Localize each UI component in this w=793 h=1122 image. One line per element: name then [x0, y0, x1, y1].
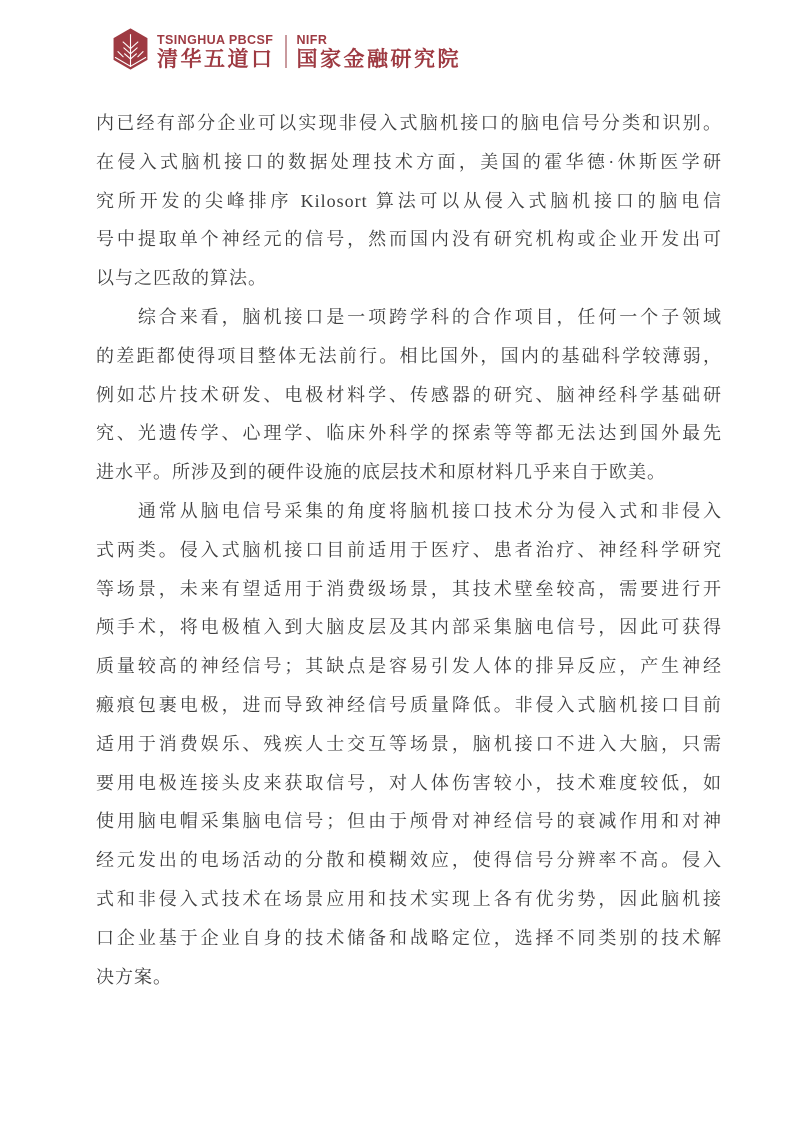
brand-name-cn: 清华五道口 — [157, 48, 275, 72]
text-line: 经元发出的电场活动的分散和模糊效应，使得信号分辨率不高。侵入 — [96, 841, 722, 880]
text-line: 究所开发的尖峰排序 Kilosort 算法可以从侵入式脑机接口的脑电信 — [96, 182, 722, 221]
text-line: 要用电极连接头皮来获取信号，对人体伤害较小，技术难度较低，如 — [96, 764, 722, 803]
document-page: TSINGHUA PBCSF 清华五道口 NIFR 国家金融研究院 内已经有部分… — [0, 0, 793, 1122]
pbcsf-hexagon-logo-icon — [112, 28, 149, 70]
text-line: 通常从脑电信号采集的角度将脑机接口技术分为侵入式和非侵入 — [96, 492, 722, 531]
text-line: 决方案。 — [96, 958, 722, 997]
institute-name-cn: 国家金融研究院 — [297, 48, 462, 72]
text-line: 质量较高的神经信号；其缺点是容易引发人体的排异反应，产生神经 — [96, 647, 722, 686]
text-line: 内已经有部分企业可以实现非侵入式脑机接口的脑电信号分类和识别。 — [96, 104, 722, 143]
text-line: 综合来看，脑机接口是一项跨学科的合作项目，任何一个子领域 — [96, 298, 722, 337]
text-line: 进水平。所涉及到的硬件设施的底层技术和原材料几乎来自于欧美。 — [96, 453, 722, 492]
text-line: 瘢痕包裹电极，进而导致神经信号质量降低。非侵入式脑机接口目前 — [96, 686, 722, 725]
text-line: 等场景，未来有望适用于消费级场景，其技术壁垒较高，需要进行开 — [96, 570, 722, 609]
text-line: 口企业基于企业自身的技术储备和战略定位，选择不同类别的技术解 — [96, 919, 722, 958]
brand-divider — [285, 35, 287, 68]
text-line: 例如芯片技术研发、电极材料学、传感器的研究、脑神经科学基础研 — [96, 376, 722, 415]
text-line: 究、光遗传学、心理学、临床外科学的探索等等都无法达到国外最先 — [96, 414, 722, 453]
brand-name-en: TSINGHUA PBCSF — [157, 33, 275, 47]
brand-left-block: TSINGHUA PBCSF 清华五道口 — [157, 28, 275, 72]
text-line: 式两类。侵入式脑机接口目前适用于医疗、患者治疗、神经科学研究 — [96, 531, 722, 570]
text-line: 号中提取单个神经元的信号，然而国内没有研究机构或企业开发出可 — [96, 220, 722, 259]
text-line: 使用脑电帽采集脑电信号；但由于颅骨对神经信号的衰减作用和对神 — [96, 802, 722, 841]
text-line: 的差距都使得项目整体无法前行。相比国外，国内的基础科学较薄弱， — [96, 337, 722, 376]
institute-name-en: NIFR — [297, 33, 462, 47]
text-line: 以与之匹敌的算法。 — [96, 259, 722, 298]
document-body: 内已经有部分企业可以实现非侵入式脑机接口的脑电信号分类和识别。在侵入式脑机接口的… — [96, 104, 722, 996]
header-logo: TSINGHUA PBCSF 清华五道口 NIFR 国家金融研究院 — [112, 28, 461, 72]
text-line: 颅手术，将电极植入到大脑皮层及其内部采集脑电信号，因此可获得 — [96, 608, 722, 647]
text-line: 适用于消费娱乐、残疾人士交互等场景，脑机接口不进入大脑，只需 — [96, 725, 722, 764]
text-line: 式和非侵入式技术在场景应用和技术实现上各有优劣势，因此脑机接 — [96, 880, 722, 919]
brand-right-block: NIFR 国家金融研究院 — [297, 28, 462, 72]
text-line: 在侵入式脑机接口的数据处理技术方面，美国的霍华德·休斯医学研 — [96, 143, 722, 182]
